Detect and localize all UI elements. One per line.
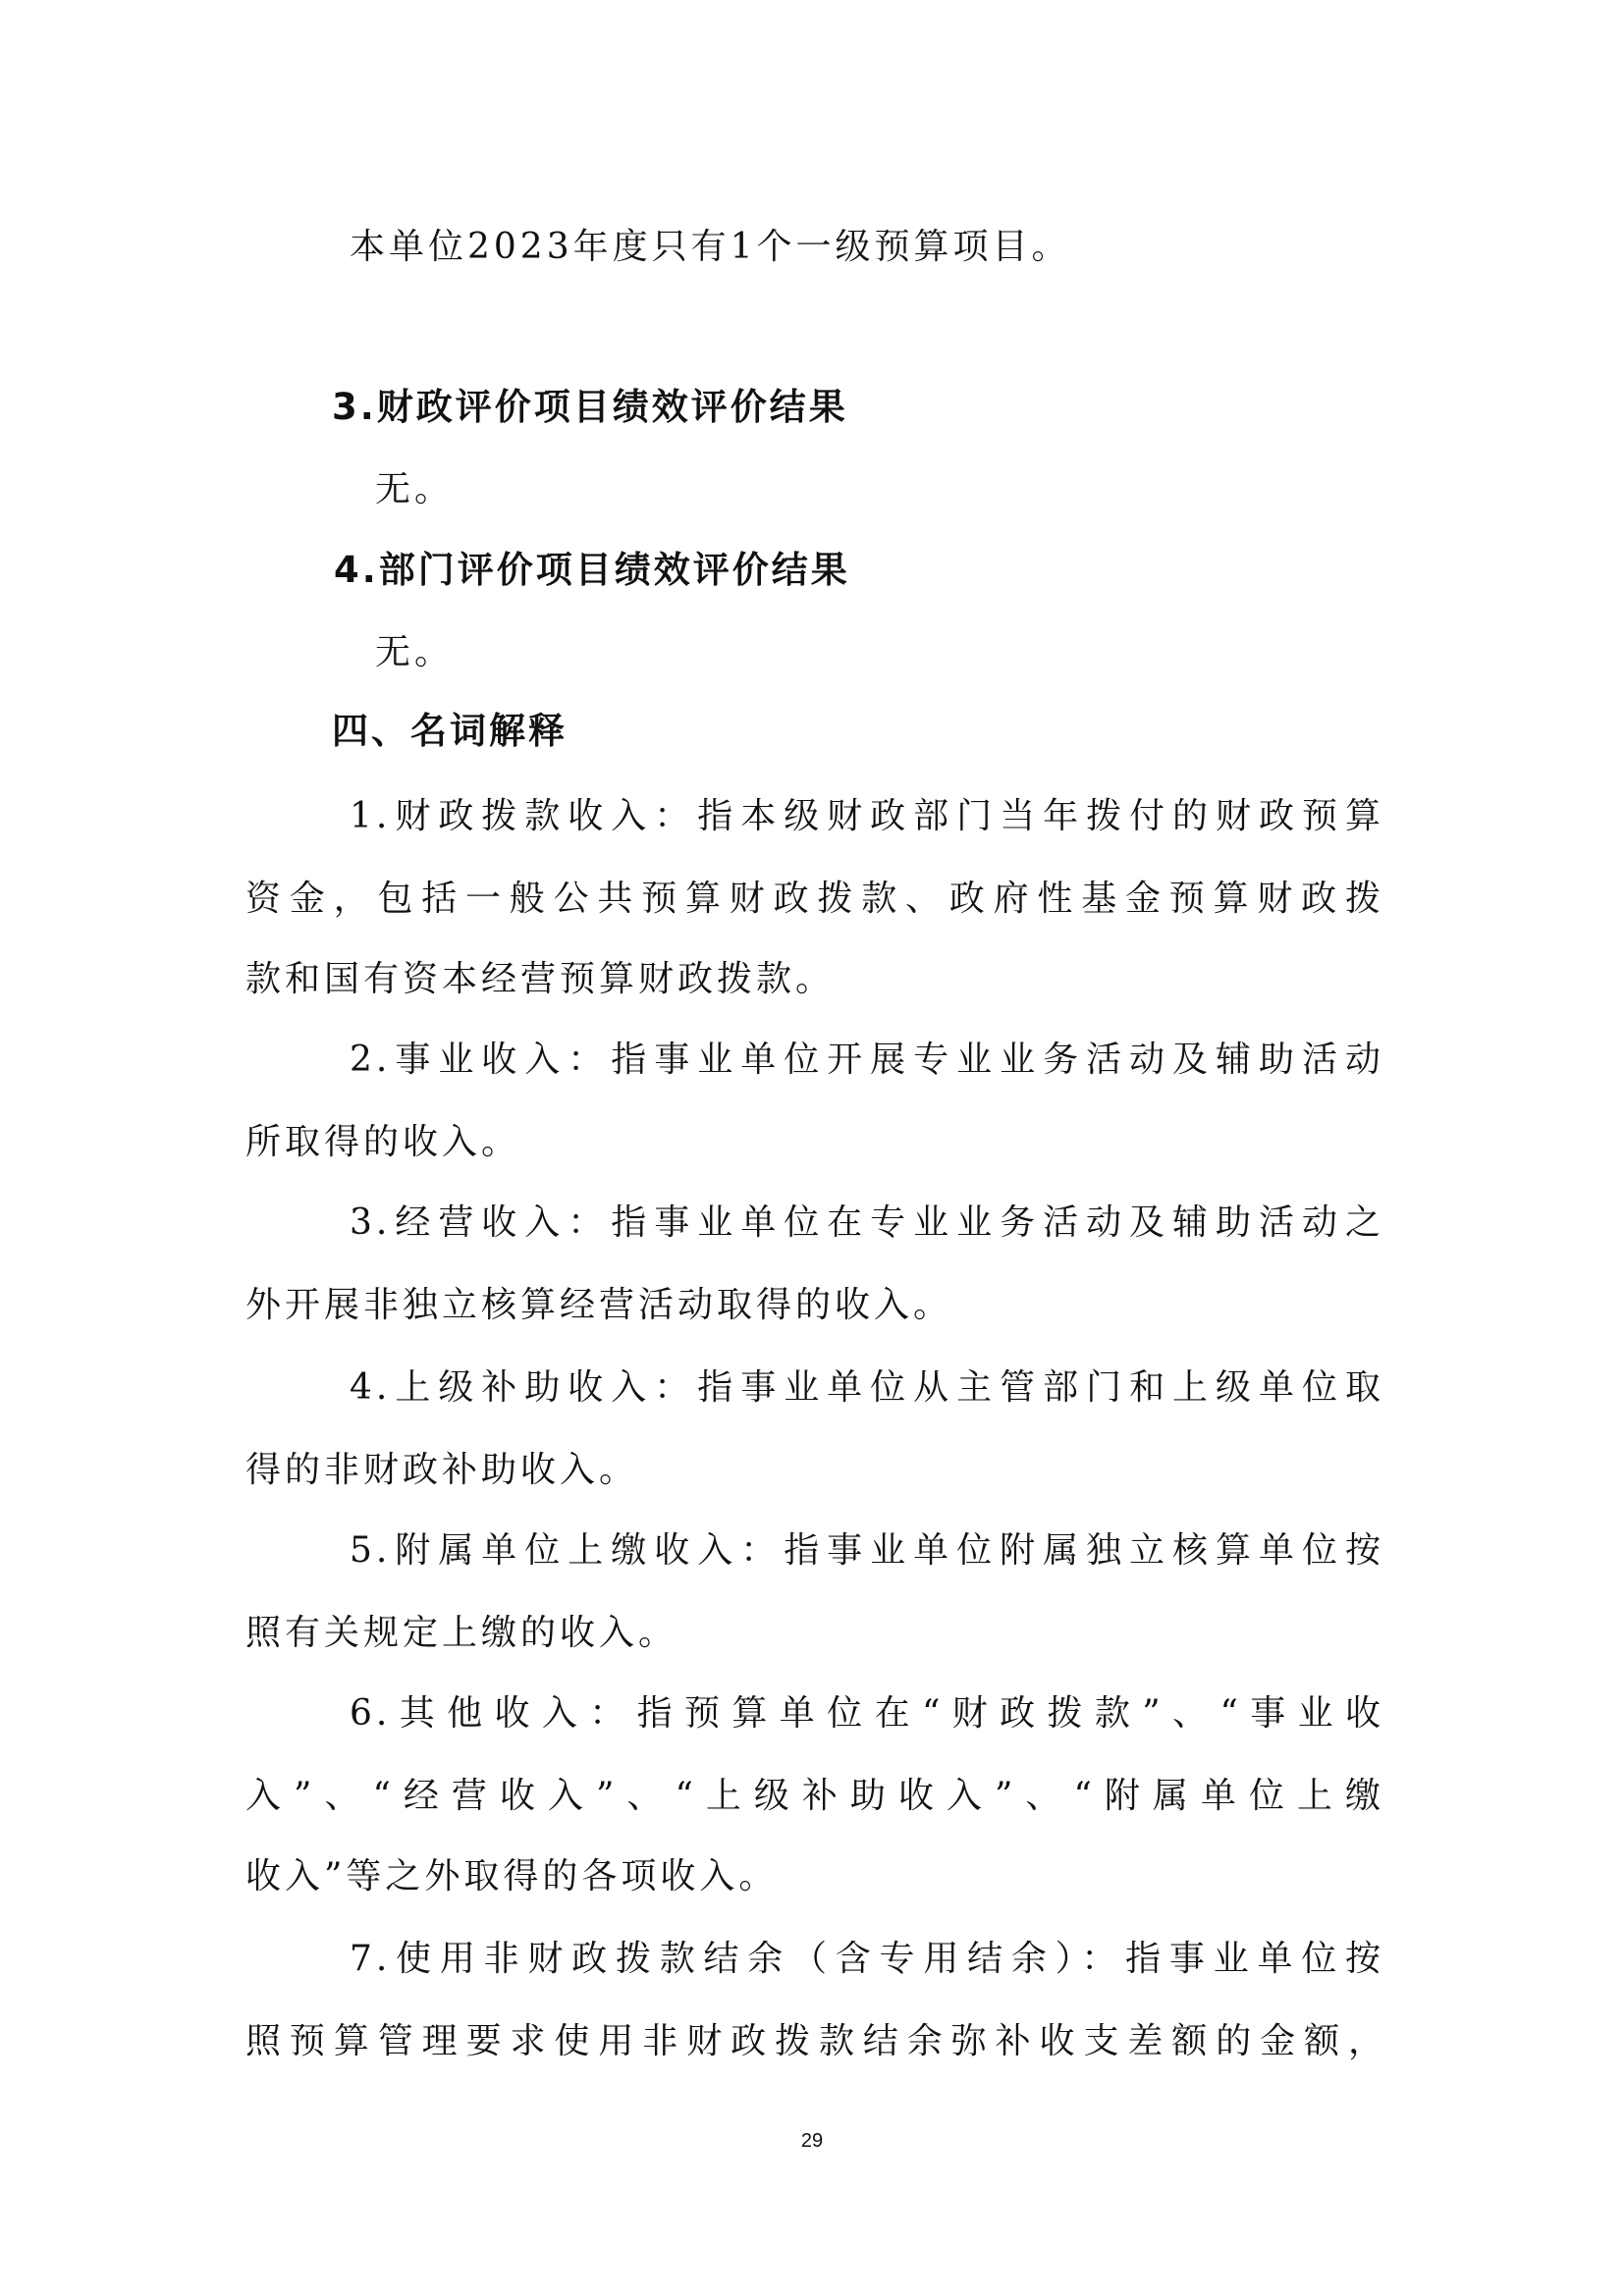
- term-3-line-1: 3.经营收入：指事业单位在专业业务活动及辅助活动之: [350, 1200, 1384, 1247]
- section-3-heading: 3.财政评价项目绩效评价结果: [332, 384, 1471, 431]
- term-3-line-2: 外开展非独立核算经营活动取得的收入。: [245, 1282, 1384, 1329]
- term-2-line-1: 2.事业收入：指事业单位开展专业业务活动及辅助活动: [350, 1037, 1384, 1084]
- term-6-line-3: 收入”等之外取得的各项收入。: [245, 1853, 1384, 1900]
- term-5-line-1: 5.附属单位上缴收入：指事业单位附属独立核算单位按: [350, 1527, 1384, 1575]
- term-7-line-1: 7.使用非财政拨款结余（含专用结余）：指事业单位按: [350, 1936, 1384, 1983]
- term-1-line-3: 款和国有资本经营预算财政拨款。: [245, 956, 1384, 1003]
- section-4-heading: 4.部门评价项目绩效评价结果: [334, 547, 1473, 594]
- term-1-line-2: 资金，包括一般公共预算财政拨款、政府性基金预算财政拨: [245, 876, 1384, 923]
- page-number: 29: [0, 2130, 1624, 2153]
- document-page: 本单位2023年度只有1个一级预算项目。 3.财政评价项目绩效评价结果 无。 4…: [0, 0, 1624, 2296]
- term-6-line-1: 6.其他收入：指预算单位在“财政拨款”、“事业收: [350, 1690, 1384, 1737]
- term-5-line-2: 照有关规定上缴的收入。: [245, 1610, 1384, 1657]
- section-4-body: 无。: [375, 629, 1410, 676]
- term-6-line-2: 入”、“经营收入”、“上级补助收入”、“附属单位上缴: [245, 1773, 1384, 1820]
- section-3-body: 无。: [375, 466, 1410, 513]
- chapter-4-heading: 四、名词解释: [332, 708, 1471, 755]
- term-7-line-2: 照预算管理要求使用非财政拨款结余弥补收支差额的金额，: [245, 2018, 1384, 2065]
- intro-paragraph: 本单位2023年度只有1个一级预算项目。: [350, 224, 1384, 271]
- term-4-line-1: 4.上级补助收入：指事业单位从主管部门和上级单位取: [350, 1364, 1384, 1412]
- term-1-line-1: 1.财政拨款收入：指本级财政部门当年拨付的财政预算: [350, 793, 1384, 840]
- term-2-line-2: 所取得的收入。: [245, 1119, 1384, 1166]
- term-4-line-2: 得的非财政补助收入。: [245, 1447, 1384, 1494]
